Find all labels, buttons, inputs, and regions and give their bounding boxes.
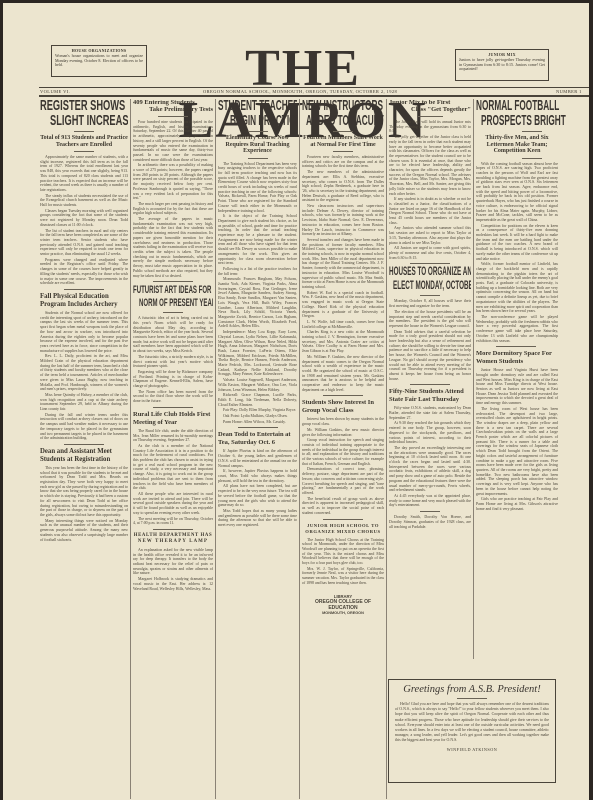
entering-body: Four hundred nine students participated … [133,120,213,278]
paragraph: The next meeting will be on Thursday, Oc… [133,517,213,526]
separator [333,151,353,152]
paragraph: Engraving will be done by Bickmore compa… [133,370,213,389]
student-teachers-subhead: Elementary Course Now Requires Rural Tea… [218,135,297,155]
separator [496,346,536,347]
paragraph: It is the object of the Training School … [218,214,297,266]
right-ear-box: JUNIOR MIX Juniors to have jolly get-tog… [455,49,549,81]
new-instructors-body: Fourteen new faculty members, administra… [302,155,384,392]
greetings-body: Hello! Glad you are here and hope that y… [395,702,549,744]
paragraph: Several transfers and changes have been … [302,238,384,290]
paragraph: The steady influx of students necessitat… [40,194,128,208]
paragraph: Valsetz: Louise Sappwell, Margaret Ander… [218,378,297,392]
paragraph: Hello! Glad you are here and hope that y… [395,702,549,744]
library-stamp-line-2: OREGON COLLEGE OF EDUCATION [302,599,384,611]
rural-club-headline: Rural Life Club Holds First Meeting of Y… [133,411,213,427]
junior-high-article: JUNIOR HIGH SCHOOL TO ORGANIZE MIXED CHO… [302,523,384,586]
paragraph: The non-conference game will be played W… [476,315,558,343]
paragraph: Monday, October 8, all houses will have … [389,299,471,308]
paragraph: Demonstrations of correct tone, phrasing… [302,467,384,495]
paragraph: Fair Play: Dolly Ellen Murphy, Virginia … [218,408,297,413]
register-headline-1: REGISTER SHOWS [40,98,95,113]
paragraph: The average of the papers in music funda… [133,217,213,278]
student-teachers-article: STUDENT TEACHERS BEGIN PRACTICE Elementa… [218,98,297,424]
column-rule [473,99,474,659]
column-3: STUDENT TEACHERS BEGIN PRACTICE Elementa… [218,98,297,798]
library-stamp-line-3: MONMOUTH, OREGON [302,611,384,615]
separator [418,116,443,117]
greetings-headline: Greetings from A.S.B. President! [395,684,549,695]
register-subhead: Total of 913 Students and Practice Teach… [40,135,128,148]
separator [410,384,450,385]
houses-body: Monday, October 8, all houses will have … [389,299,471,381]
separator [410,263,450,264]
paragraph: With the coming football season almost h… [476,162,558,223]
paragraph: Miss Todd hopes that as many young ladie… [218,509,297,528]
paragraph: If, however, Jupiter Pluvius happens to … [218,469,297,483]
paragraph: Independence: Mary Lou Kopp, Eury Loen, … [218,330,297,377]
futurist-headline-2: NORM OF PRESENT YEAR [139,298,180,309]
volume-label: VOLUME VI. [40,89,70,94]
houses-article: HOUSES TO ORGANIZE AND ELECT MONDAY, OCT… [389,267,471,381]
paragraph: All these people who are interested in r… [133,492,213,516]
dateline: OREGON NORMAL SCHOOL, MONMOUTH, OREGON, … [203,89,397,94]
separator [323,519,363,520]
paragraph: The new members of the administrative de… [302,170,384,203]
register-body: Approximately the same number of student… [40,155,128,286]
newspaper-page: HOUSE ORGANIZATIONS Woman's house organi… [3,3,589,800]
paragraph: Group vocal instruction for speech and s… [302,438,384,466]
paragraph: Margaret Holbrook is studying dramatics … [133,577,213,591]
paragraph: Competition for positions on the eleven … [476,224,558,262]
paragraph: The beneficial result of group work as a… [302,497,384,516]
paragraph: The Junior High School Chorus at the Tra… [302,538,384,566]
paragraph: Wolfe, former football mentor of Linfiel… [476,262,558,314]
health-body: An explanation asked for the new visible… [133,548,213,591]
paragraph: As the club is a member of the National … [133,444,213,491]
paragraph: The day proved an exceedingly interestin… [389,446,471,493]
physical-ed-body: Students of the Normal school are now of… [40,311,128,441]
paragraph: During the fall and winter terms under t… [40,413,128,441]
separator [457,698,487,699]
separator [64,289,104,290]
paragraph: Mrs. W. J. Taylor, of Springville, Calif… [302,567,384,586]
separator [153,529,193,530]
rural-club-body: The Rural life club, under the able dire… [133,429,213,526]
separator [248,131,268,132]
dormitory-article: More Dormitory Space For Women Students … [476,350,558,511]
paragraph: Mr. William F. Gaskins, the new director… [302,355,384,393]
paragraph: Dorothy Smith, Dorothy Von Hoene, and Do… [389,515,471,529]
houses-headline-1: HOUSES TO ORGANIZE AND [389,267,434,279]
issue-number: NUMBER 1 [556,89,582,94]
football-article: NORMAL FOOTBALL PROSPECTS BRIGHT Thirty-… [476,98,588,343]
state-fair-body: Fifty-nine O.N.S. students, matronized b… [389,406,471,529]
paragraph: Fifty-nine O.N.S. students, matronized b… [389,406,471,420]
dean-tea-headline: Dean Todd to Entertain at Tea, Saturday … [218,431,297,447]
column-6: NORMAL FOOTBALL PROSPECTS BRIGHT Thirty-… [476,98,588,658]
dean-tea-body: If Jupiter Pluvius is kind on the aftern… [218,449,297,527]
paragraph: Classes began Tuesday morning with well … [40,209,128,228]
paragraph: Programs were changed and readjusted whe… [40,258,128,286]
paragraph: Any Juniors who attended summer school t… [389,226,471,245]
register-article: REGISTER SHOWS SLIGHT INCREASE Total of … [40,98,128,286]
health-article: HEALTH DEPARTMENT HAS NEW THERAPY LAMP A… [133,533,213,591]
houses-headline-2: ELECT MONDAY, OCTOBER 8 [393,281,436,293]
paragraph: In arithmetic there was a possibility of… [133,163,213,201]
separator [74,131,94,132]
greetings-box: Greetings from A.S.B. President! Hello! … [388,679,556,783]
state-fair-headline: Fifty-Nine Students Attend State Fair La… [389,388,471,404]
separator [420,295,440,296]
paragraph: The Rural life club, under the able dire… [133,429,213,443]
paragraph: Robert W. Earl is a special coach in foo… [302,291,384,319]
dean-meet-article: Dean and Assistant Meet Students at Regi… [40,448,128,542]
physical-ed-article: Fall Physical Education Program Includes… [40,293,128,441]
paragraph: At 9:30 they reached the fair grounds wh… [389,421,471,445]
paragraph: Girls who are practice teaching at Fair … [476,497,558,511]
column-rule [299,99,300,799]
column-2: 409 Entering Students Take Preliminary T… [133,100,213,800]
separator [248,158,268,159]
paragraph: Fourteen new faculty members, administra… [302,155,384,169]
physical-ed-headline: Fall Physical Education Program Includes… [40,293,128,309]
dormitory-headline: More Dormitory Space For Women Students [476,350,558,366]
paragraph: Oak Point: Lydia Mulkins, Gladys Olsen. [218,414,297,419]
paragraph: Charles King is a new critic at the Monm… [302,330,384,354]
paragraph: Four hundred nine students participated … [133,120,213,162]
paragraph: This year has been the first time in the… [40,466,128,518]
new-instructors-article: NEW INSTRUCTORS ADDED TO FACULTY Fourtee… [302,98,384,392]
paragraph: Junior House and Virginia Hurst have bee… [476,368,558,406]
paragraph: An explanation asked for the new visible… [133,548,213,576]
column-5: Junior Mix to be First Class "Get Togeth… [389,100,471,660]
student-teachers-headline-1: STUDENT TEACHERS [218,98,261,113]
paragraph: The much larger per cent passing in hist… [133,202,213,216]
football-headline-1: NORMAL FOOTBALL [476,98,538,113]
student-teachers-body: The Training School Department has been … [218,162,297,425]
column-rule [386,99,387,799]
separator [64,444,104,445]
left-ear-body: Woman's house organizations to meet and … [52,53,146,69]
separator [420,511,440,512]
junior-high-body: The Junior High School Chorus at the Tra… [302,538,384,586]
futurist-headline-1: FUTURIST ART IDEAS FOR [133,285,177,296]
vocal-article: Students Show Interest In Group Vocal Cl… [302,399,384,515]
junior-mix-body: The Junior class will hold its annual Ju… [389,120,471,260]
futurist-body: A futuristic idea of art is being carrie… [133,316,213,404]
dean-tea-article: Dean Todd to Entertain at Tea, Saturday … [218,431,297,527]
paragraph: The jolly get-together of the Junior cla… [389,135,471,196]
separator [238,427,278,428]
state-fair-article: Fifty-Nine Students Attend State Fair La… [389,388,471,529]
paragraph: Miss Irene Quimby of Halsey, a member of… [40,393,128,412]
paragraph: All plans have not been completed, but a… [218,484,297,508]
junior-mix-headline-2: Class "Get Together" [389,107,471,114]
register-headline-2: SLIGHT INCREASE [50,113,98,128]
right-ear-body: Juniors to have jolly get-together Thurs… [456,57,548,73]
paragraph: If Jupiter Pluvius is kind on the aftern… [218,449,297,468]
health-headline-2: NEW THERAPY LAMP [133,539,213,546]
student-teachers-headline-2: BEGIN PRACTICE [230,113,267,128]
separator [163,312,183,313]
paragraph: If any student is in doubt as to whether… [389,197,471,225]
paragraph: A futuristic idea of art is being carrie… [133,316,213,354]
separator [333,131,353,132]
separator [74,151,94,152]
separator [153,407,193,408]
paragraph: Rev. L. L. Daily, proficient in the art,… [40,354,128,392]
paragraph: The list of student teachers in rural an… [40,229,128,257]
paragraph: New classroom instructors and supervisor… [302,204,384,237]
separator [158,116,188,117]
paragraph: Dean Todd advises that a careful selecti… [389,330,471,382]
dean-meet-body: This year has been the first time in the… [40,466,128,542]
paragraph: The futuristic idea, a strictly modern s… [133,355,213,369]
rural-club-article: Rural Life Club Holds First Meeting of Y… [133,411,213,526]
paragraph: Parm Home: Allen Wilcox, Mr. Cassidy. [218,420,297,425]
paragraph: The election of the house presidents wil… [389,310,471,329]
paragraph: The Training School Department has been … [218,162,297,214]
futurist-article: FUTURIST ART IDEAS FOR NORM OF PRESENT Y… [133,285,213,404]
separator [522,131,542,132]
new-instructors-headline-1: NEW INSTRUCTORS [302,98,347,113]
column-4: NEW INSTRUCTORS ADDED TO FACULTY Fourtee… [302,98,384,798]
column-rule [130,99,131,799]
new-instructors-headline-2: ADDED TO FACULTY [306,113,349,128]
paragraph: Mr. William Gaskins, the new music direc… [302,428,384,437]
paragraph: The Junior class will hold its annual Ju… [389,120,471,134]
paragraph: Approximately the same number of student… [40,155,128,193]
junior-high-headline-2: ORGANIZE MIXED CHORUS [302,529,384,536]
paragraph: Rickreall: Grace Chapman, Lucille Parks,… [218,393,297,407]
new-instructors-subhead: Fourteen Members Start Work at Normal Fo… [302,135,384,148]
dormitory-body: Junior House and Virginia Hurst have bee… [476,368,558,511]
paragraph: Following is a list of the practice teac… [218,267,297,276]
paragraph: The Norm office has been moved from the … [133,390,213,404]
separator [323,395,363,396]
left-ear-box: HOUSE ORGANIZATIONS Woman's house organi… [51,45,147,77]
separator [153,281,193,282]
paragraph: Many interesting things were noticed on … [40,519,128,543]
paragraph: Students of the Normal school are now of… [40,311,128,353]
football-headline-2: PROSPECTS BRIGHT [481,113,540,128]
paragraph: Monmouth: Frances Bingham, May Folsom, J… [218,277,297,329]
masthead-rule-bottom [39,95,589,97]
paragraph: The living room of West house has been r… [476,407,558,496]
junior-mix-article: Junior Mix to be First Class "Get Togeth… [389,100,471,260]
dean-meet-headline: Dean and Assistant Meet Students at Regi… [40,448,128,464]
football-body: With the coming football season almost h… [476,162,558,344]
column-rule [215,99,216,799]
paragraph: Interest has been shown by many students… [302,417,384,426]
paragraph: L. W. Wolfe, full time coach, comes here… [302,320,384,329]
entering-article: 409 Entering Students Take Preliminary T… [133,100,213,278]
entering-headline-2: Take Preliminary Tests [133,107,213,114]
paragraph: At 4:45 everybody was at the appointed p… [389,494,471,508]
paragraph: All Juniors are urged to come with good … [389,246,471,260]
column-1: REGISTER SHOWS SLIGHT INCREASE Total of … [40,98,128,798]
separator [522,158,542,159]
vocal-headline: Students Show Interest In Group Vocal Cl… [302,399,384,415]
greetings-signature: WINFIELD ATKINSON [395,747,549,752]
football-subhead: Thirty-five Men, and Six Lettermen Make … [476,135,558,155]
vocal-body: Interest has been shown by many students… [302,417,384,515]
